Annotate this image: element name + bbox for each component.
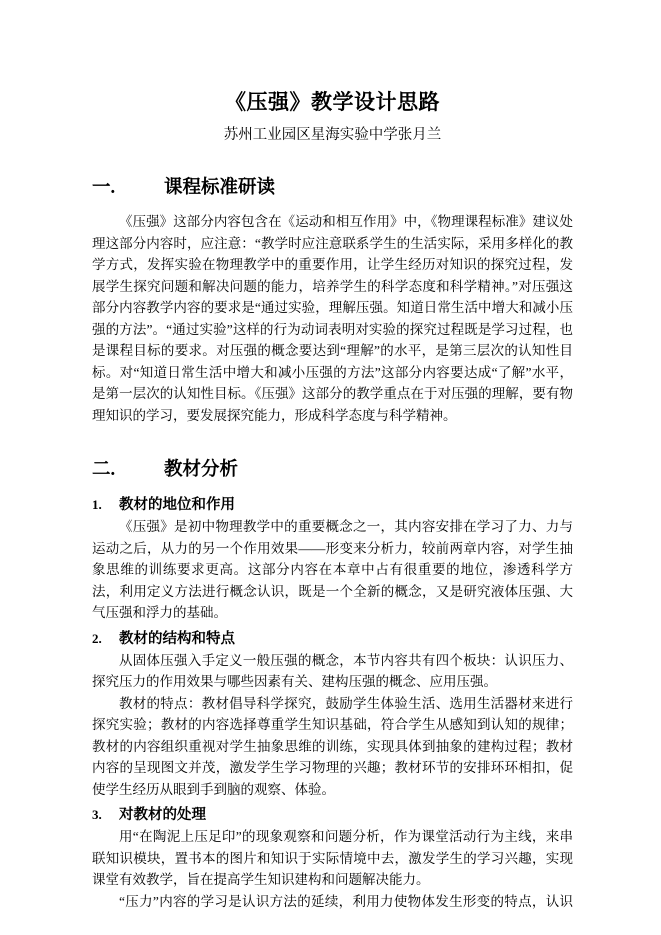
subsection-2-number: 2. <box>92 631 119 647</box>
section-1-paragraph: 《压强》这部分内容包含在《运动和相互作用》中，《物理课程标准》建议处理这部分内容… <box>92 211 573 426</box>
subsection-2-title: 教材的结构和特点 <box>119 631 235 647</box>
subsection-2-paragraph-2: 教材的特点：教材倡导科学探究，鼓励学生体验生活、选用生活器材来进行探究实验；教材… <box>92 693 573 801</box>
subsection-1-heading: 1.教材的地位和作用 <box>92 493 573 514</box>
subsection-3-paragraph-1: 用“在陶泥上压足印”的现象观察和问题分析，作为课堂活动行为主线，来串联知识模块，… <box>92 826 573 891</box>
section-1-heading: 一.课程标准研读 <box>92 173 573 199</box>
document-author-line: 苏州工业园区星海实验中学张月兰 <box>92 123 573 144</box>
subsection-3-paragraph-2: “压力”内容的学习是认识方法的延续，利用力使物体发生形变的特点，认识到压 <box>92 891 573 913</box>
section-2-heading: 二.教材分析 <box>92 455 573 481</box>
subsection-3-title: 对教材的处理 <box>119 807 206 823</box>
subsection-3-number: 3. <box>92 807 119 823</box>
section-1-title: 课程标准研读 <box>164 176 275 197</box>
subsection-2-heading: 2.教材的结构和特点 <box>92 627 573 648</box>
subsection-1-number: 1. <box>92 497 119 513</box>
section-2-title: 教材分析 <box>164 458 238 479</box>
document-title: 《压强》教学设计思路 <box>92 86 573 116</box>
subsection-1-paragraph: 《压强》是初中物理教学中的重要概念之一，其内容安排在学习了力、力与运动之后，从力… <box>92 516 573 624</box>
section-1-number: 一. <box>92 173 164 199</box>
subsection-1-title: 教材的地位和作用 <box>119 497 235 513</box>
subsection-3-heading: 3.对教材的处理 <box>92 803 573 824</box>
document-page: 《压强》教学设计思路 苏州工业园区星海实验中学张月兰 一.课程标准研读 《压强》… <box>0 0 661 935</box>
section-2-number: 二. <box>92 455 164 481</box>
subsection-2-paragraph-1: 从固体压强入手定义一般压强的概念，本节内容共有四个板块：认识压力、探究压力的作用… <box>92 650 573 693</box>
